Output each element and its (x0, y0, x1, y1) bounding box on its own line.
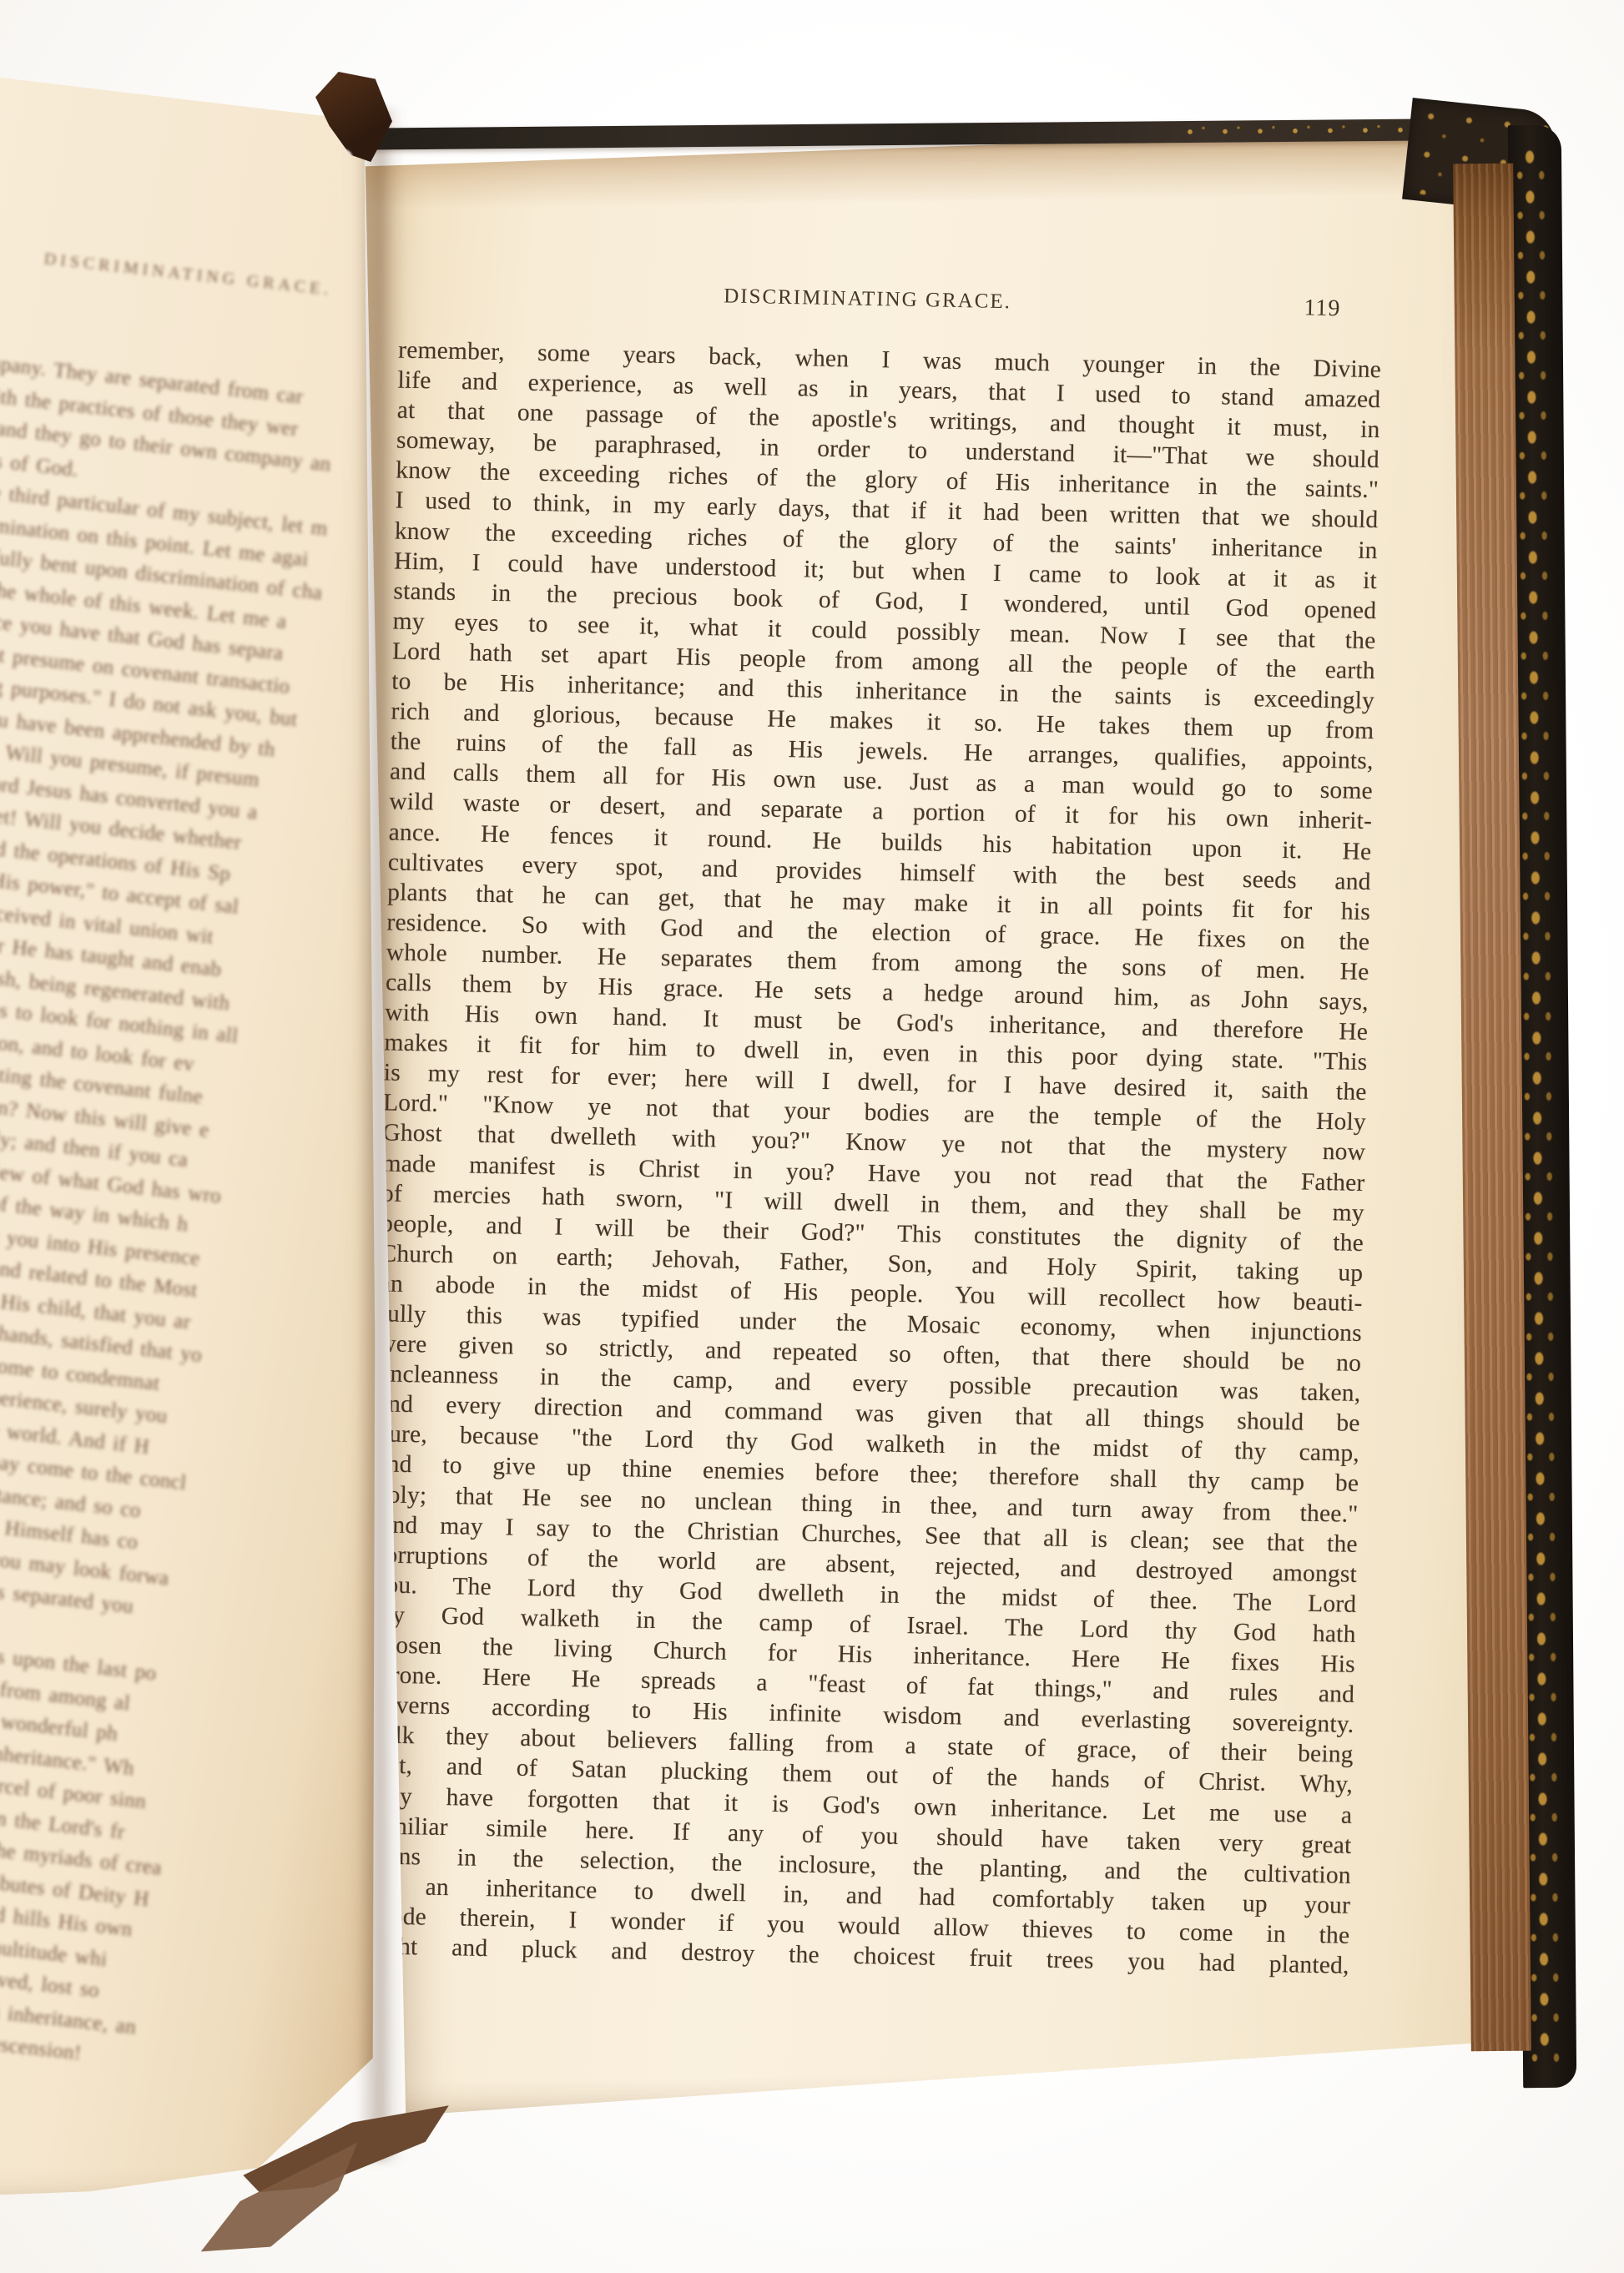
torn-leaf-fragment-bottom (190, 2118, 491, 2260)
left-page-text-block: DISCRIMINATING GRACE. company. They are … (0, 48, 394, 2198)
left-page-text: company. They are separated from card wi… (0, 345, 394, 2098)
page-body-text: remember, some years back, when I was mu… (366, 335, 1381, 1981)
running-head: DISCRIMINATING GRACE. (376, 278, 1359, 321)
left-running-head: DISCRIMINATING GRACE. (43, 249, 334, 300)
left-page: DISCRIMINATING GRACE. company. They are … (0, 48, 394, 2198)
page-header: DISCRIMINATING GRACE. 119 (399, 279, 1383, 334)
right-page-text-block: DISCRIMINATING GRACE. 119 remember, some… (366, 279, 1382, 1981)
right-page: DISCRIMINATING GRACE. 119 remember, some… (359, 122, 1533, 2118)
open-book-photo: DISCRIMINATING GRACE. company. They are … (0, 0, 1624, 2273)
page-number: 119 (1304, 295, 1341, 322)
